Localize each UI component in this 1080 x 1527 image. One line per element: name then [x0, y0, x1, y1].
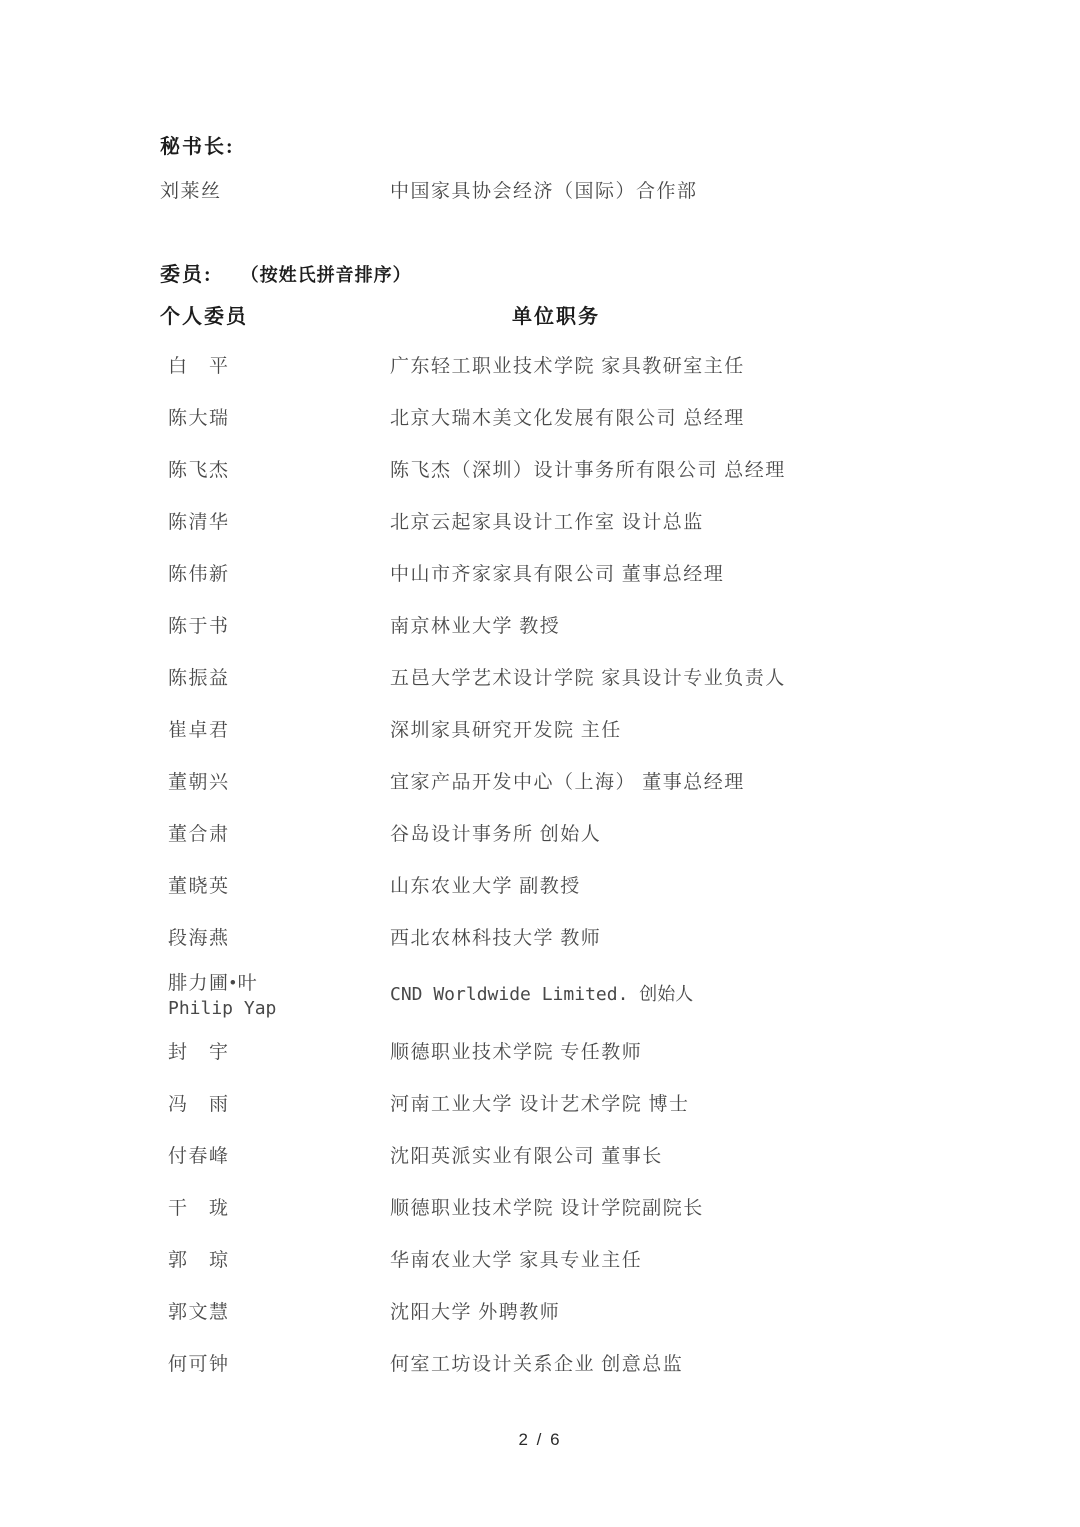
table-row: 腓力圃•叶Philip YapCND Worldwide Limited. 创始…	[160, 962, 990, 1024]
table-row: 封 宇顺德职业技术学院 专任教师	[160, 1024, 990, 1076]
table-row: 陈于书南京林业大学 教授	[160, 598, 990, 650]
member-org: 中山市齐家家具有限公司 董事总经理	[390, 559, 990, 586]
table-row: 何可钟何室工坊设计关系企业 创意总监	[160, 1336, 990, 1388]
member-name: 陈振益	[160, 663, 390, 690]
column-header-name: 个人委员	[160, 300, 512, 329]
table-row: 段海燕西北农林科技大学 教师	[160, 910, 990, 962]
table-row: 陈振益五邑大学艺术设计学院 家具设计专业负责人	[160, 650, 990, 702]
member-name: 腓力圃•叶Philip Yap	[160, 968, 390, 1019]
member-org: 北京大瑞木美文化发展有限公司 总经理	[390, 403, 990, 430]
member-org: 广东轻工职业技术学院 家具教研室主任	[390, 351, 990, 378]
member-org: 五邑大学艺术设计学院 家具设计专业负责人	[390, 663, 990, 690]
table-row: 陈大瑞北京大瑞木美文化发展有限公司 总经理	[160, 390, 990, 442]
table-row: 冯 雨河南工业大学 设计艺术学院 博士	[160, 1076, 990, 1128]
member-name: 陈大瑞	[160, 403, 390, 430]
member-name: 干 珑	[160, 1193, 390, 1220]
table-row: 郭 琼华南农业大学 家具专业主任	[160, 1232, 990, 1284]
member-name: 陈飞杰	[160, 455, 390, 482]
member-name: 冯 雨	[160, 1089, 390, 1116]
table-row: 付春峰沈阳英派实业有限公司 董事长	[160, 1128, 990, 1180]
column-header-org: 单位职务	[512, 300, 600, 329]
table-row: 干 珑顺德职业技术学院 设计学院副院长	[160, 1180, 990, 1232]
document-page: 秘书长: 刘莱丝 中国家具协会经济（国际）合作部 委员: （按姓氏拼音排序） 个…	[0, 0, 1080, 1527]
member-org: 河南工业大学 设计艺术学院 博士	[390, 1089, 990, 1116]
member-name: 白 平	[160, 351, 390, 378]
member-name: 何可钟	[160, 1349, 390, 1376]
secretary-org: 中国家具协会经济（国际）合作部	[390, 176, 990, 203]
member-org: 沈阳英派实业有限公司 董事长	[390, 1141, 990, 1168]
member-org: 谷岛设计事务所 创始人	[390, 819, 990, 846]
table-row: 白 平广东轻工职业技术学院 家具教研室主任	[160, 338, 990, 390]
member-name: 崔卓君	[160, 715, 390, 742]
member-name-latin: Philip Yap	[168, 998, 390, 1019]
member-org: 深圳家具研究开发院 主任	[390, 715, 990, 742]
secretary-row: 刘莱丝 中国家具协会经济（国际）合作部	[160, 176, 990, 203]
member-name: 郭 琼	[160, 1245, 390, 1272]
member-name: 董合肃	[160, 819, 390, 846]
member-org: 顺德职业技术学院 设计学院副院长	[390, 1193, 990, 1220]
member-name: 段海燕	[160, 923, 390, 950]
members-heading: 委员:	[160, 258, 213, 287]
member-org: 何室工坊设计关系企业 创意总监	[390, 1349, 990, 1376]
member-name: 陈于书	[160, 611, 390, 638]
member-org: 北京云起家具设计工作室 设计总监	[390, 507, 990, 534]
table-row: 董晓英山东农业大学 副教授	[160, 858, 990, 910]
member-org: 南京林业大学 教授	[390, 611, 990, 638]
members-heading-row: 委员: （按姓氏拼音排序）	[160, 258, 412, 287]
secretary-name: 刘莱丝	[160, 176, 390, 203]
table-row: 郭文慧沈阳大学 外聘教师	[160, 1284, 990, 1336]
table-row: 董合肃谷岛设计事务所 创始人	[160, 806, 990, 858]
table-row: 董朝兴宜家产品开发中心（上海） 董事总经理	[160, 754, 990, 806]
member-name: 郭文慧	[160, 1297, 390, 1324]
table-row: 陈清华北京云起家具设计工作室 设计总监	[160, 494, 990, 546]
table-row: 陈伟新中山市齐家家具有限公司 董事总经理	[160, 546, 990, 598]
member-name: 董晓英	[160, 871, 390, 898]
member-org: 宜家产品开发中心（上海） 董事总经理	[390, 767, 990, 794]
member-org: 山东农业大学 副教授	[390, 871, 990, 898]
member-org: 华南农业大学 家具专业主任	[390, 1245, 990, 1272]
table-row: 崔卓君深圳家具研究开发院 主任	[160, 702, 990, 754]
member-name: 董朝兴	[160, 767, 390, 794]
columns-header: 个人委员 单位职务	[160, 300, 990, 329]
members-table: 白 平广东轻工职业技术学院 家具教研室主任陈大瑞北京大瑞木美文化发展有限公司 总…	[160, 338, 990, 1388]
secretary-general-heading: 秘书长:	[160, 130, 235, 159]
member-name: 封 宇	[160, 1037, 390, 1064]
member-org: CND Worldwide Limited. 创始人	[390, 980, 990, 1006]
members-sort-note: （按姓氏拼音排序）	[241, 261, 412, 287]
member-org: 陈飞杰（深圳）设计事务所有限公司 总经理	[390, 455, 990, 482]
member-org: 西北农林科技大学 教师	[390, 923, 990, 950]
member-name: 陈清华	[160, 507, 390, 534]
member-name: 付春峰	[160, 1141, 390, 1168]
member-name: 陈伟新	[160, 559, 390, 586]
member-org: 顺德职业技术学院 专任教师	[390, 1037, 990, 1064]
member-org: 沈阳大学 外聘教师	[390, 1297, 990, 1324]
table-row: 陈飞杰陈飞杰（深圳）设计事务所有限公司 总经理	[160, 442, 990, 494]
page-number: 2 / 6	[0, 1430, 1080, 1450]
